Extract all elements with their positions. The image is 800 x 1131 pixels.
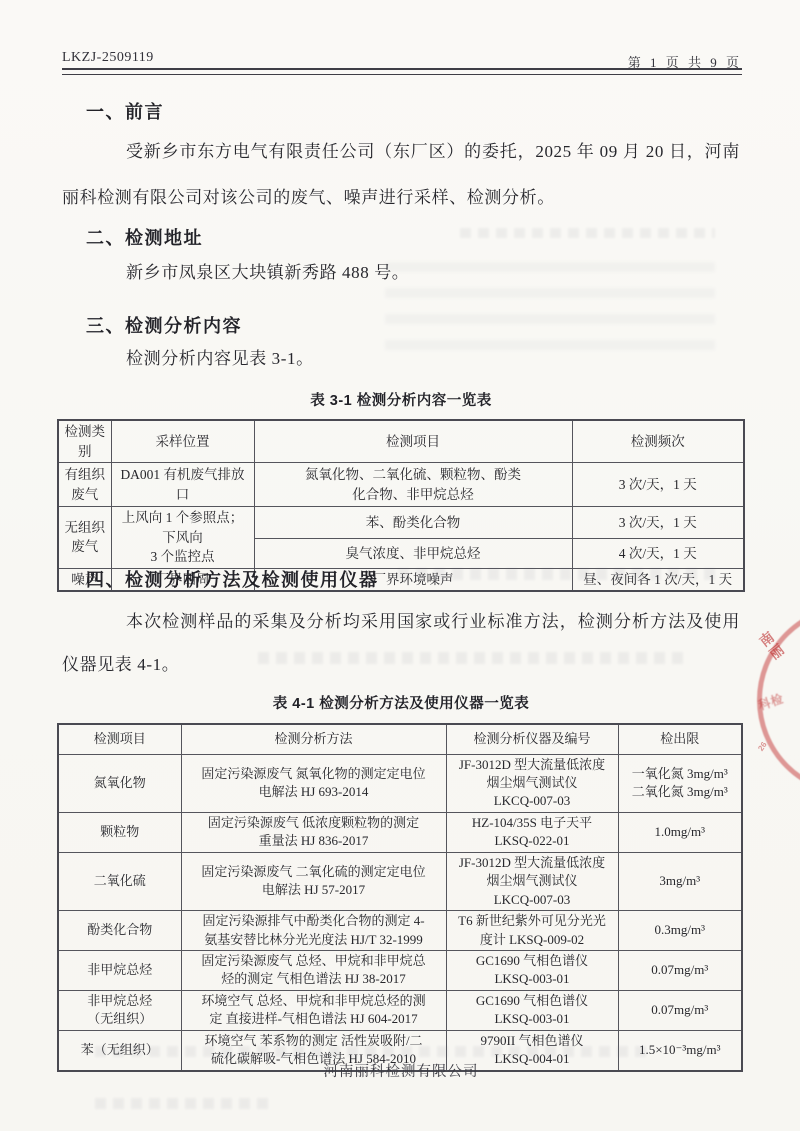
t31-cell-position-unorganized: 上风向 1 个参照点；下风向 3 个监控点 bbox=[111, 507, 254, 569]
table-4-1: 检测项目 检测分析方法 检测分析仪器及编号 检出限 氮氧化物 固定污染源废气 氮… bbox=[57, 723, 743, 1072]
t41-cell-limit: 0.3mg/m³ bbox=[618, 911, 742, 951]
footer-company-name: 河南丽科检测有限公司 bbox=[62, 1060, 740, 1081]
table-row: 颗粒物 固定污染源废气 低浓度颗粒物的测定 重量法 HJ 836-2017 HZ… bbox=[58, 812, 742, 852]
table-row: 酚类化合物 固定污染源排气中酚类化合物的测定 4- 氨基安替比林分光光度法 HJ… bbox=[58, 911, 742, 951]
table-row: 非甲烷总烃 （无组织） 环境空气 总烃、甲烷和非甲烷总烃的测 定 直接进样-气相… bbox=[58, 990, 742, 1030]
t41-header-instrument: 检测分析仪器及编号 bbox=[446, 724, 618, 754]
t41-cell-item: 非甲烷总烃 bbox=[58, 951, 181, 991]
doc-number: LKZJ-2509119 bbox=[62, 50, 154, 66]
t31-cell-category-organized: 有组织 废气 bbox=[58, 463, 111, 507]
t31-header-frequency: 检测频次 bbox=[572, 420, 744, 463]
table-row: 二氧化硫 固定污染源废气 二氧化硫的测定定电位 电解法 HJ 57-2017 J… bbox=[58, 852, 742, 910]
bleed-through-ghost bbox=[258, 652, 683, 664]
methods-paragraph: 本次检测样品的采集及分析均采用国家或行业标准方法，检测分析方法及使用仪器见表 4… bbox=[62, 600, 740, 686]
t41-cell-method: 环境空气 总烃、甲烷和非甲烷总烃的测 定 直接进样-气相色谱法 HJ 604-2… bbox=[181, 990, 446, 1030]
table-4-1-caption: 表 4-1 检测分析方法及使用仪器一览表 bbox=[62, 692, 740, 713]
t41-cell-method: 固定污染源废气 低浓度颗粒物的测定 重量法 HJ 836-2017 bbox=[181, 812, 446, 852]
t41-cell-method: 固定污染源排气中酚类化合物的测定 4- 氨基安替比林分光光度法 HJ/T 32-… bbox=[181, 911, 446, 951]
bleed-through-ghost bbox=[385, 258, 715, 350]
t41-cell-item: 酚类化合物 bbox=[58, 911, 181, 951]
t31-header-category: 检测类别 bbox=[58, 420, 111, 463]
t41-header-limit: 检出限 bbox=[618, 724, 742, 754]
t31-cell-frequency-unorganized-1: 3 次/天，1 天 bbox=[572, 507, 744, 539]
table-row: 氮氧化物 固定污染源废气 氮氧化物的测定定电位 电解法 HJ 693-2014 … bbox=[58, 754, 742, 812]
t41-cell-item: 颗粒物 bbox=[58, 812, 181, 852]
t41-cell-method: 固定污染源废气 二氧化硫的测定定电位 电解法 HJ 57-2017 bbox=[181, 852, 446, 910]
t41-cell-item: 氮氧化物 bbox=[58, 754, 181, 812]
t41-header-item: 检测项目 bbox=[58, 724, 181, 754]
t41-cell-limit: 3mg/m³ bbox=[618, 852, 742, 910]
t31-cell-items-organized: 氮氧化物、二氧化硫、颗粒物、酚类 化合物、非甲烷总烃 bbox=[254, 463, 572, 507]
t31-header-position: 采样位置 bbox=[111, 420, 254, 463]
bleed-through-ghost bbox=[398, 568, 718, 580]
t41-cell-instrument: JF-3012D 型大流量低浓度 烟尘烟气测试仪 LKCQ-007-03 bbox=[446, 754, 618, 812]
section-preface-title: 一、前言 bbox=[86, 98, 164, 124]
t41-cell-instrument: JF-3012D 型大流量低浓度 烟尘烟气测试仪 LKCQ-007-03 bbox=[446, 852, 618, 910]
t31-cell-category-unorganized: 无组织 废气 bbox=[58, 507, 111, 569]
t41-cell-method: 固定污染源废气 氮氧化物的测定定电位 电解法 HJ 693-2014 bbox=[181, 754, 446, 812]
t41-cell-item: 二氧化硫 bbox=[58, 852, 181, 910]
bleed-through-ghost bbox=[95, 1046, 650, 1057]
t31-header-items: 检测项目 bbox=[254, 420, 572, 463]
t41-cell-limit: 0.07mg/m³ bbox=[618, 990, 742, 1030]
t41-cell-item: 非甲烷总烃 （无组织） bbox=[58, 990, 181, 1030]
t31-cell-items-unorganized-1: 苯、酚类化合物 bbox=[254, 507, 572, 539]
section-methods-title: 四、检测分析方法及检测使用仪器 bbox=[86, 566, 379, 592]
t41-header-method: 检测分析方法 bbox=[181, 724, 446, 754]
t41-cell-limit: 0.07mg/m³ bbox=[618, 951, 742, 991]
document-page: { "header": { "doc_no": "LKZJ-2509119", … bbox=[0, 0, 800, 1131]
header-double-rule bbox=[62, 68, 742, 75]
t31-cell-items-unorganized-2: 臭气浓度、非甲烷总烃 bbox=[254, 539, 572, 569]
t41-cell-limit: 1.0mg/m³ bbox=[618, 812, 742, 852]
table-3-1-caption: 表 3-1 检测分析内容一览表 bbox=[62, 389, 740, 410]
t31-cell-frequency-unorganized-2: 4 次/天，1 天 bbox=[572, 539, 744, 569]
t41-cell-method: 固定污染源废气 总烃、甲烷和非甲烷总 烃的测定 气相色谱法 HJ 38-2017 bbox=[181, 951, 446, 991]
t31-cell-position-organized: DA001 有机废气排放口 bbox=[111, 463, 254, 507]
preface-paragraph: 受新乡市东方电气有限责任公司（东厂区）的委托，2025 年 09 月 20 日，… bbox=[62, 129, 740, 221]
bleed-through-ghost bbox=[460, 228, 715, 238]
bleed-through-ghost bbox=[95, 1098, 270, 1109]
t41-cell-instrument: GC1690 气相色谱仪 LKSQ-003-01 bbox=[446, 951, 618, 991]
t41-cell-instrument: T6 新世纪紫外可见分光光 度计 LKSQ-009-02 bbox=[446, 911, 618, 951]
t41-cell-limit: 一氧化氮 3mg/m³ 二氧化氮 3mg/m³ bbox=[618, 754, 742, 812]
table-row: 非甲烷总烃 固定污染源废气 总烃、甲烷和非甲烷总 烃的测定 气相色谱法 HJ 3… bbox=[58, 951, 742, 991]
section-address-title: 二、检测地址 bbox=[86, 224, 203, 250]
section-content-title: 三、检测分析内容 bbox=[86, 312, 242, 338]
t41-cell-instrument: HZ-104/35S 电子天平 LKSQ-022-01 bbox=[446, 812, 618, 852]
t31-cell-frequency-organized: 3 次/天，1 天 bbox=[572, 463, 744, 507]
t41-cell-instrument: GC1690 气相色谱仪 LKSQ-003-01 bbox=[446, 990, 618, 1030]
